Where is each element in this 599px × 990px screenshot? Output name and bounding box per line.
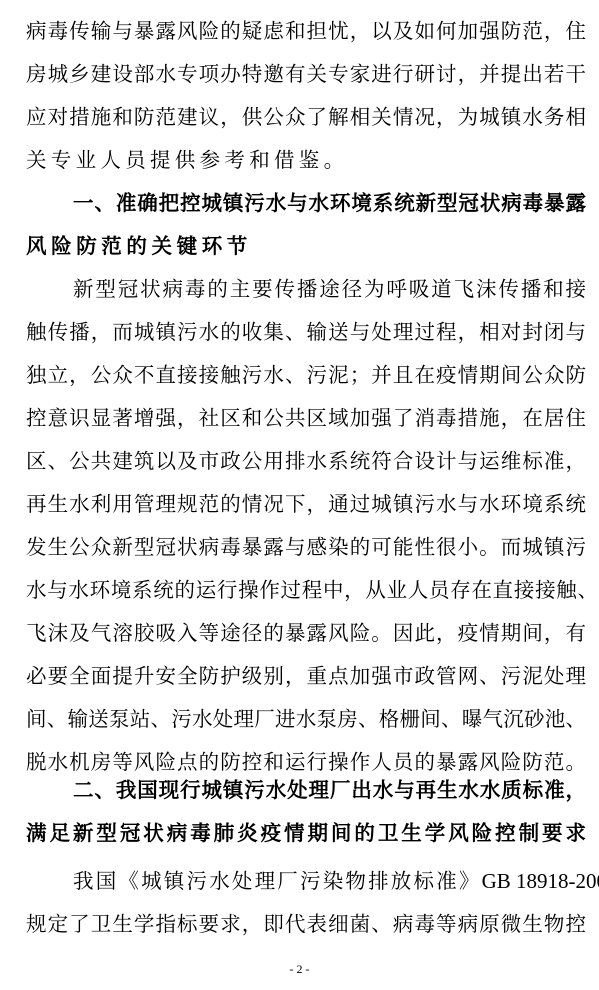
paragraph-2-line-7: 发生公众新型冠状病毒暴露与感染的可能性很小。而城镇污 bbox=[26, 532, 586, 562]
paragraph-3-line-1: 我国《城镇污水处理厂污染物排放标准》GB 18918-2002 bbox=[73, 866, 586, 896]
paragraph-2-line-2: 触传播，而城镇污水的收集、输送与处理过程，相对封闭与 bbox=[26, 317, 586, 347]
paragraph-2-line-6: 再生水利用管理规范的情况下，通过城镇污水与水环境系统 bbox=[26, 489, 586, 519]
paragraph-2-line-10: 必要全面提升安全防护级别，重点加强市政管网、污泥处理 bbox=[26, 661, 586, 691]
paragraph-1-line-2: 房城乡建设部水专项办特邀有关专家进行研讨，并提出若干 bbox=[26, 59, 586, 89]
paragraph-2-line-5: 区、公共建筑以及市政公用排水系统符合设计与运维标准， bbox=[26, 446, 586, 476]
paragraph-3-line-2: 规定了卫生学指标要求，即代表细菌、病毒等病原微生物控 bbox=[26, 909, 586, 939]
paragraph-2-line-8: 水与水环境系统的运行操作过程中，从业人员存在直接接触、 bbox=[26, 575, 598, 605]
paragraph-2-line-1: 新型冠状病毒的主要传播途径为呼吸道飞沫传播和接 bbox=[73, 274, 586, 304]
paragraph-1-line-3: 应对措施和防范建议，供公众了解相关情况，为城镇水务相 bbox=[26, 102, 586, 132]
document-page: 病毒传输与暴露风险的疑虑和担忧，以及如何加强防范，住 房城乡建设部水专项办特邀有… bbox=[0, 0, 599, 990]
section-heading-1-line-1: 一、准确把控城镇污水与水环境系统新型冠状病毒暴露 bbox=[73, 188, 586, 218]
paragraph-2-line-11: 间、输送泵站、污水处理厂进水泵房、格栅间、曝气沉砂池、 bbox=[26, 704, 586, 734]
paragraph-3-line-1-text: 我国《城镇污水处理厂污染物排放标准》 bbox=[73, 869, 482, 893]
paragraph-1-line-1: 病毒传输与暴露风险的疑虑和担忧，以及如何加强防范，住 bbox=[26, 16, 586, 46]
section-heading-2-line-1: 二、我国现行城镇污水处理厂出水与再生水水质标准， bbox=[73, 775, 586, 805]
paragraph-1-line-4: 关专业人员提供参考和借鉴。 bbox=[26, 145, 586, 175]
paragraph-2-line-3: 独立，公众不直接接触污水、污泥；并且在疫情期间公众防 bbox=[26, 360, 586, 390]
section-heading-1-line-2: 风险防范的关键环节 bbox=[26, 231, 586, 261]
section-heading-2-line-2: 满足新型冠状病毒肺炎疫情期间的卫生学风险控制要求 bbox=[26, 818, 586, 848]
standard-code: GB 18918-2002 bbox=[482, 869, 599, 893]
paragraph-2-line-4: 控意识显著增强，社区和公共区域加强了消毒措施，在居住 bbox=[26, 403, 586, 433]
paragraph-2-line-12: 脱水机房等风险点的防控和运行操作人员的暴露风险防范。 bbox=[26, 747, 586, 777]
paragraph-2-line-9: 飞沫及气溶胶吸入等途径的暴露风险。因此，疫情期间，有 bbox=[26, 618, 586, 648]
page-number: - 2 - bbox=[0, 962, 599, 977]
